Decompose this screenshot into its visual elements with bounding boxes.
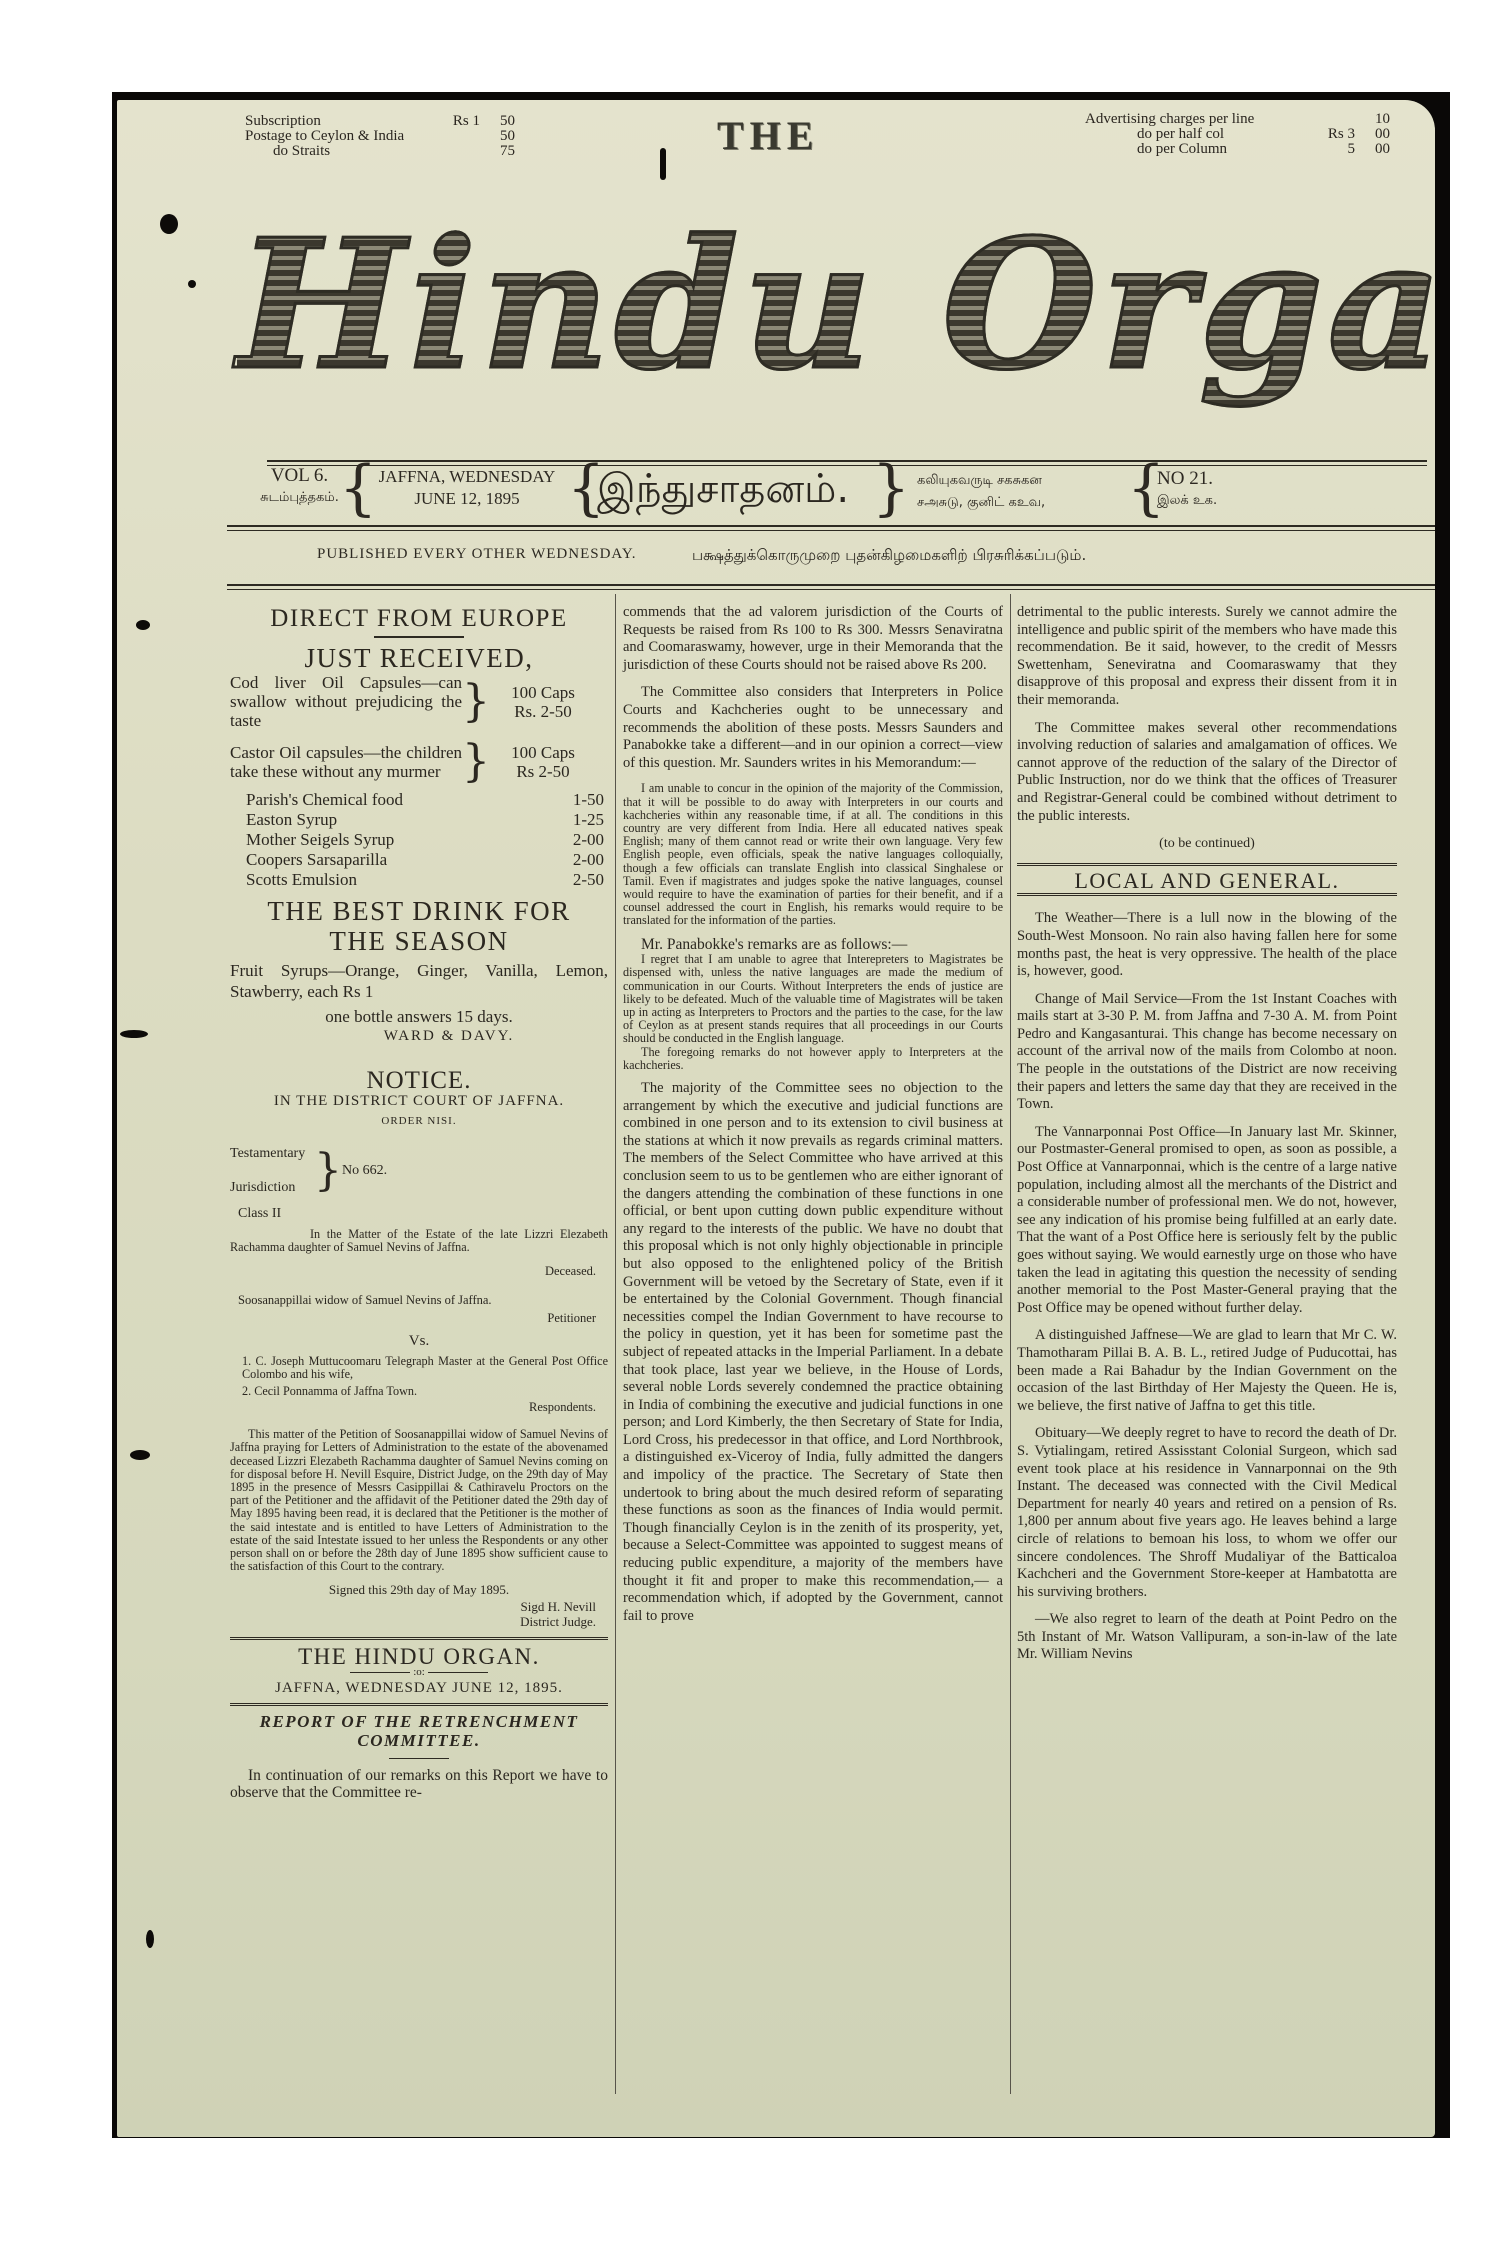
order-text: This matter of the Petition of Soosanapp… [230, 1428, 608, 1573]
versus: Vs. [230, 1333, 608, 1351]
divider [374, 636, 464, 638]
publication-frequency-tamil: பக்ஷத்துக்கொருமுறை புதன்கிழமைகளிற் பிரசு… [692, 546, 1086, 566]
signature: Sigd H. Nevill District Judge. [230, 1599, 608, 1629]
ink-blot [136, 620, 150, 630]
subscription-rates: Subscription Rs 1 50 Postage to Ceylon &… [245, 114, 515, 159]
paragraph: Mr. Panabokke's remarks are as follows:— [623, 936, 1003, 954]
subscription-row: Postage to Ceylon & India 50 [245, 129, 515, 144]
advertising-row: do per Column 5 00 [1085, 142, 1390, 157]
ink-blot [130, 1450, 150, 1460]
tamil-title: இந்துசாதனம். [597, 466, 849, 517]
masthead-rule [267, 460, 1427, 462]
price-row: Mother Seigels Syrup2-00 [230, 830, 608, 850]
header-rule [227, 530, 1435, 531]
paragraph: commends that the ad valorem jurisdictio… [623, 604, 1003, 674]
brace-icon: } [462, 680, 478, 724]
ink-blot [188, 280, 196, 288]
advertising-rates: Advertising charges per line 10 do per h… [1085, 112, 1390, 157]
publication-frequency: PUBLISHED EVERY OTHER WEDNESDAY. [317, 546, 637, 563]
ink-blot [120, 1030, 148, 1038]
respondents-label: Respondents. [230, 1399, 608, 1417]
ad-heading: DIRECT FROM EUROPE [230, 610, 608, 628]
report-intro: In continuation of our remarks on this R… [230, 1767, 608, 1801]
issue-number: NO 21. [1157, 468, 1217, 490]
brace-icon: } [314, 1162, 334, 1180]
divider [389, 1758, 449, 1759]
report-heading: REPORT OF THE RETRENCHMENT COMMITTEE. [230, 1712, 608, 1750]
paragraph: The Committee also considers that Interp… [623, 684, 1003, 772]
quoted-memorandum: I am unable to concur in the opinion of … [623, 782, 1003, 927]
price-row: Parish's Chemical food1-50 [230, 790, 608, 810]
notice-heading: NOTICE. [230, 1072, 608, 1090]
case-block: Testamentary Jurisdiction } No 662. [230, 1137, 608, 1205]
volume-number: VOL 6. [257, 465, 342, 487]
continued-note: (to be continued) [1017, 835, 1397, 853]
news-item-mail-service: Change of Mail Service—From the 1st Inst… [1017, 991, 1397, 1114]
petitioner-line: Soosanappillai widow of Samuel Nevins of… [230, 1292, 608, 1310]
header-rule [227, 589, 1435, 590]
column-3: detrimental to the public interests. Sur… [1017, 604, 1397, 1674]
masthead-title: Hindu Organ [237, 200, 1435, 409]
header-rule [227, 584, 1435, 586]
paragraph: The majority of the Committee sees no ob… [623, 1080, 1003, 1625]
price-row: Scotts Emulsion2-50 [230, 870, 608, 890]
drink-text: Fruit Syrups—Orange, Ginger, Vanilla, Le… [230, 960, 608, 1002]
quoted-remarks: I regret that I am unable to agree that … [623, 953, 1003, 1045]
respondent-2: 2. Cecil Ponnamma of Jaffna Town. [230, 1385, 608, 1398]
news-item-post-office: The Vannarponnai Post Office—In January … [1017, 1124, 1397, 1318]
column-divider [615, 594, 616, 2094]
subscription-row: do Straits 75 [245, 144, 515, 159]
issue-number-block: NO 21. இலக் உக. [1157, 468, 1217, 512]
advertising-row: Advertising charges per line 10 [1085, 112, 1390, 127]
dateline-place: JAFFNA, WEDNESDAY [367, 466, 567, 488]
brace-icon: } [462, 740, 478, 784]
subscription-row: Subscription Rs 1 50 [245, 114, 515, 129]
matter-text: In the Matter of the Estate of the late … [230, 1228, 608, 1254]
paragraph: detrimental to the public interests. Sur… [1017, 604, 1397, 710]
separator: :o: [230, 1666, 608, 1678]
quoted-remarks: The foregoing remarks do not however app… [623, 1046, 1003, 1072]
paragraph: The Committee makes several other recomm… [1017, 720, 1397, 826]
case-class: Class II [230, 1205, 608, 1223]
ink-blot [146, 1930, 154, 1948]
dateline-block: JAFFNA, WEDNESDAY JUNE 12, 1895 [367, 466, 567, 510]
ad-item-cod-liver-oil: Cod liver Oil Capsules—can swallow witho… [230, 673, 608, 730]
dateline-date: JUNE 12, 1895 [367, 488, 567, 510]
advertiser-name: WARD & DAVY. [230, 1028, 608, 1046]
case-number: No 662. [334, 1162, 387, 1180]
news-item-obituary: Obituary—We deeply regret to have to rec… [1017, 1425, 1397, 1601]
petitioner-label: Petitioner [230, 1310, 608, 1328]
ad-price-list: Parish's Chemical food1-50 Easton Syrup1… [230, 790, 608, 890]
tamil-era: கலியுகவருடி சகசுகன சஅசுடு, குனிட் கஉவ, [917, 470, 1045, 514]
price-row: Easton Syrup1-25 [230, 810, 608, 830]
newspaper-page: Subscription Rs 1 50 Postage to Ceylon &… [117, 100, 1435, 2137]
paper-date: JAFFNA, WEDNESDAY JUNE 12, 1895. [230, 1680, 608, 1707]
signed-date: Signed this 29th day of May 1895. [230, 1581, 608, 1599]
ad-subheading: JUST RECEIVED, [230, 650, 608, 668]
paper-title-box: THE HINDU ORGAN. :o: JAFFNA, WEDNESDAY J… [230, 1637, 608, 1706]
volume-tamil: சுடம்புத்தகம். [257, 487, 342, 509]
drink-heading: THE BEST DRINK FOR THE SEASON [230, 896, 608, 956]
advertising-row: do per half col Rs 3 00 [1085, 127, 1390, 142]
deceased-label: Deceased. [230, 1263, 608, 1281]
drink-note: one bottle answers 15 days. [230, 1006, 608, 1028]
issue-number-tamil: இலக் உக. [1157, 490, 1217, 512]
column-2: commends that the ad valorem jurisdictio… [623, 604, 1003, 1635]
court-name: IN THE DISTRICT COURT OF JAFFNA. [230, 1093, 608, 1111]
ad-item-castor-oil: Castor Oil capsules—the children take th… [230, 740, 608, 784]
column-1: DIRECT FROM EUROPE JUST RECEIVED, Cod li… [230, 610, 608, 1811]
respondent-1: 1. C. Joseph Muttucoomaru Telegraph Mast… [230, 1355, 608, 1381]
news-item-distinguished-jaffnese: A distinguished Jaffnese—We are glad to … [1017, 1327, 1397, 1415]
brace-icon: } [872, 458, 910, 518]
volume-block: VOL 6. சுடம்புத்தகம். [257, 465, 342, 509]
news-item-obituary-2: —We also regret to learn of the death at… [1017, 1611, 1397, 1664]
ink-blot [660, 148, 666, 180]
ink-blot [160, 214, 178, 234]
paper-title: THE HINDU ORGAN. [230, 1648, 608, 1666]
order-nisi: ORDER NISI. [230, 1113, 608, 1131]
section-heading-local-general: LOCAL AND GENERAL. [1017, 863, 1397, 897]
column-divider [1010, 594, 1011, 2094]
price-row: Coopers Sarsaparilla2-00 [230, 850, 608, 870]
masthead-the: THE [717, 112, 819, 159]
header-rule [227, 525, 1435, 527]
news-item-weather: The Weather—There is a lull now in the b… [1017, 910, 1397, 980]
